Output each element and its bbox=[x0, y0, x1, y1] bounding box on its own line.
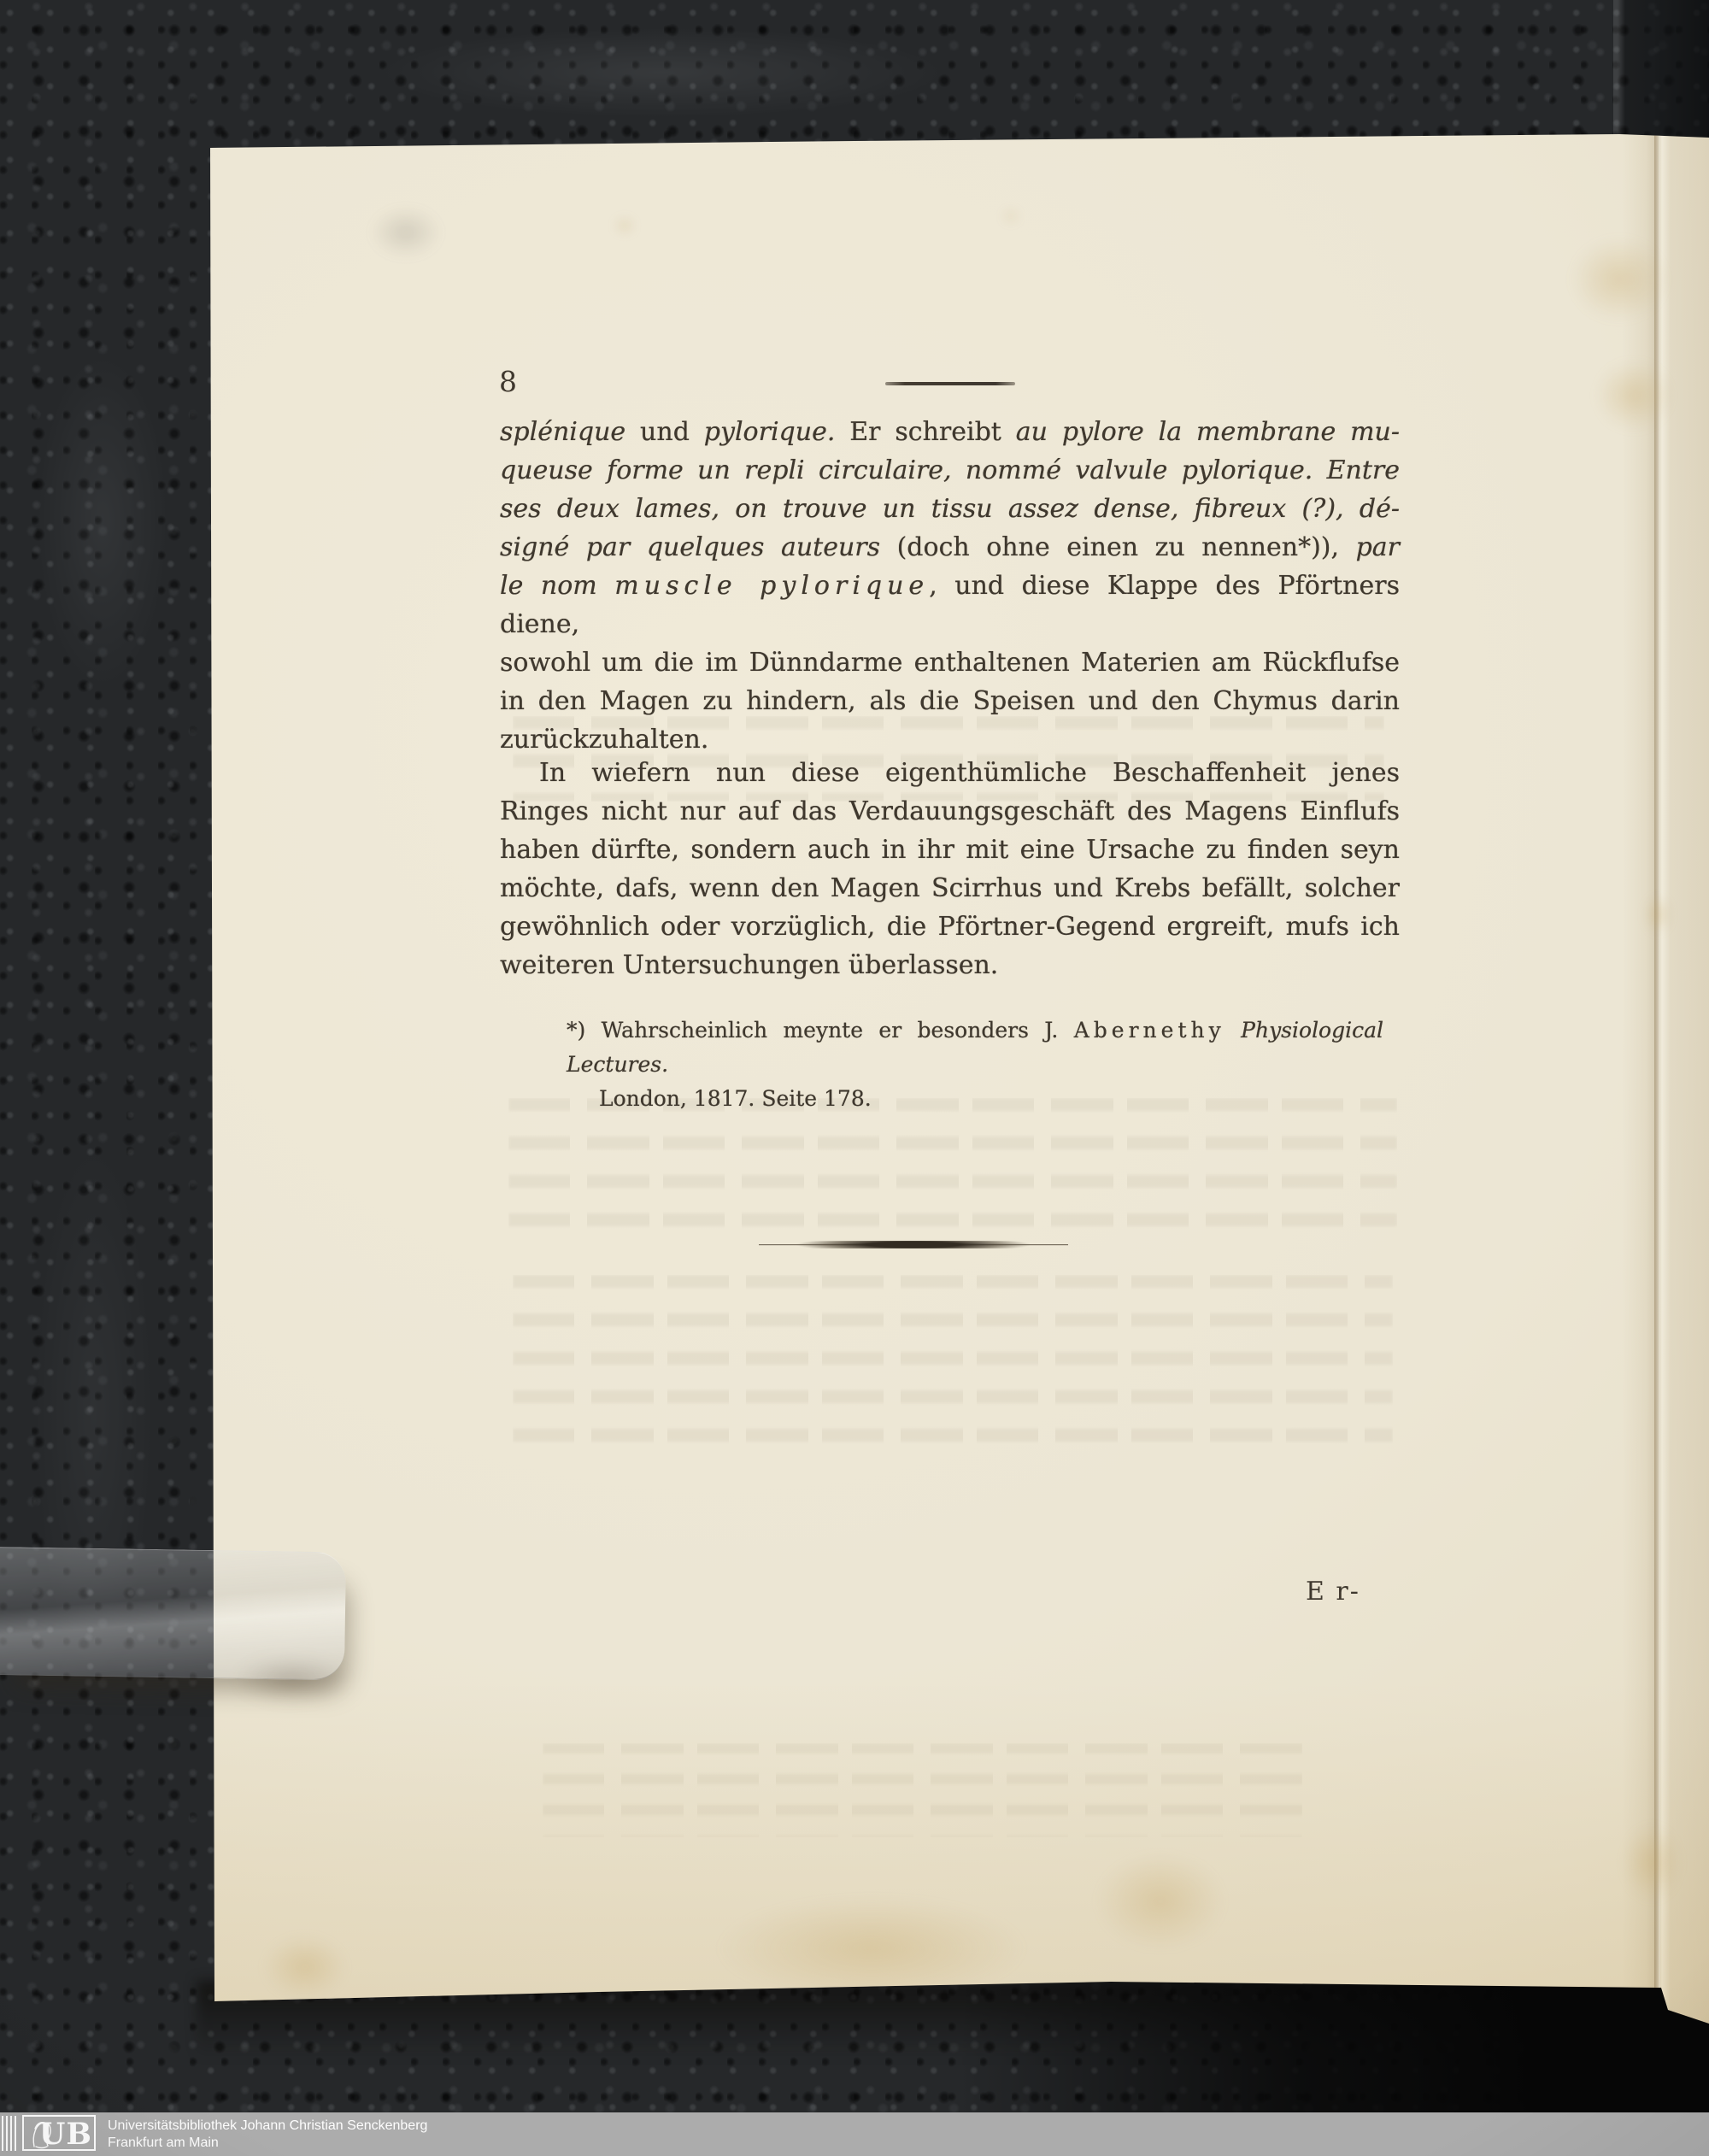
paper-stain bbox=[1641, 889, 1675, 940]
italic-text: muscle pylorique bbox=[614, 571, 929, 601]
catchword: E r- bbox=[1306, 1577, 1360, 1607]
roman-text: (doch ohne einen zu nennen*)), bbox=[897, 532, 1356, 562]
leather-sheen bbox=[9, 1025, 179, 1795]
text-line: London, 1817. Seite 178. bbox=[567, 1082, 1383, 1116]
page-holder-strip bbox=[0, 1547, 346, 1680]
roman-text: London, 1817. Seite 178. bbox=[599, 1086, 872, 1111]
text-line: sowohl um die im Dünndarme enthaltenen M… bbox=[500, 643, 1400, 682]
text-line: queuse forme un repli circulaire, nommé … bbox=[500, 451, 1400, 490]
library-footer: UB Universitätsbibliothek Johann Christi… bbox=[0, 2112, 1709, 2156]
paper-stain bbox=[1555, 224, 1683, 335]
roman-text: möchte, dafs, wenn den Magen Scirrhus un… bbox=[500, 873, 1400, 903]
text-line: möchte, dafs, wenn den Magen Scirrhus un… bbox=[500, 869, 1400, 908]
italic-text: signé par quelques auteurs bbox=[500, 532, 897, 562]
leather-sheen bbox=[9, 282, 197, 761]
roman-text bbox=[1225, 1018, 1241, 1043]
section-divider-rule bbox=[759, 1241, 1068, 1248]
ink-bleedthrough bbox=[543, 1743, 1303, 1837]
roman-text: Ringes nicht nur auf das Verdauungsgesch… bbox=[500, 796, 1400, 826]
paper-stain bbox=[1001, 209, 1020, 224]
paper-stain bbox=[1075, 1837, 1246, 1965]
roman-text: haben dürfte, sondern auch in ihr mit ei… bbox=[500, 835, 1400, 865]
footnote: *) Wahrscheinlich meynte er besonders J.… bbox=[567, 1013, 1383, 1116]
leather-sheen bbox=[256, 9, 1068, 137]
book-page: 8 splénique und pylorique. Er schreibt a… bbox=[0, 0, 1709, 2156]
roman-text: gewöhnlich oder vorzüglich, die Pförtner… bbox=[500, 912, 1400, 942]
paper-smudge bbox=[359, 198, 453, 267]
roman-text: sowohl um die im Dünndarme enthaltenen M… bbox=[500, 648, 1400, 678]
binding-spine-edge bbox=[1613, 0, 1709, 145]
ink-bleedthrough bbox=[513, 1275, 1393, 1454]
book-pages-icon bbox=[2, 2116, 16, 2151]
roman-text: Er schreibt bbox=[835, 417, 1015, 447]
italic-text: queuse forme un repli circulaire, nommé … bbox=[500, 455, 1400, 485]
text-line: gewöhnlich oder vorzüglich, die Pförtner… bbox=[500, 908, 1400, 946]
roman-text: Abernethy bbox=[1074, 1018, 1225, 1043]
text-line: weiteren Untersuchungen überlassen. bbox=[500, 946, 1400, 984]
paper-stain bbox=[1583, 349, 1685, 443]
paragraph: splénique und pylorique. Er schreibt au … bbox=[500, 413, 1400, 759]
roman-text: In wiefern nun diese eigenthümliche Besc… bbox=[539, 758, 1400, 788]
paper-stain bbox=[1613, 1812, 1690, 1914]
ink-bleedthrough bbox=[508, 1098, 1397, 1235]
italic-text: par bbox=[1356, 532, 1400, 562]
roman-text: in den Magen zu hindern, als die Speisen… bbox=[500, 686, 1400, 716]
text-line: Ringes nicht nur auf das Verdauungsgesch… bbox=[500, 792, 1400, 831]
library-location: Frankfurt am Main bbox=[108, 2135, 427, 2152]
italic-text: au pylore la membrane mu- bbox=[1016, 417, 1400, 447]
text-line: haben dürfte, sondern auch in ihr mit ei… bbox=[500, 831, 1400, 869]
italic-text: pylorique. bbox=[704, 417, 836, 447]
paper-stain bbox=[612, 215, 637, 236]
text-line: ses deux lames, on trouve un tissu assez… bbox=[500, 490, 1400, 528]
roman-text: weiteren Untersuchungen überlassen. bbox=[500, 950, 998, 980]
roman-text: und bbox=[625, 417, 704, 447]
italic-text: ses deux lames, on trouve un tissu assez… bbox=[500, 494, 1400, 524]
logo-acronym: UB bbox=[39, 2118, 92, 2151]
page-number: 8 bbox=[499, 367, 517, 397]
italic-text: le nom bbox=[500, 571, 614, 601]
roman-text: zurückzuhalten. bbox=[500, 725, 708, 755]
text-line: splénique und pylorique. Er schreibt au … bbox=[500, 413, 1400, 451]
text-line: signé par quelques auteurs (doch ohne ei… bbox=[500, 528, 1400, 567]
library-name: Universitätsbibliothek Johann Christian … bbox=[108, 2118, 427, 2135]
text-line: In wiefern nun diese eigenthümliche Besc… bbox=[500, 754, 1400, 792]
paragraph: In wiefern nun diese eigenthümliche Besc… bbox=[500, 754, 1400, 984]
roman-text: *) Wahrscheinlich meynte er besonders J. bbox=[567, 1018, 1074, 1043]
library-logo: UB bbox=[22, 2115, 96, 2151]
text-line: *) Wahrscheinlich meynte er besonders J.… bbox=[567, 1013, 1383, 1082]
header-rule bbox=[885, 382, 1015, 385]
text-line: in den Magen zu hindern, als die Speisen… bbox=[500, 682, 1400, 720]
text-line: le nom muscle pylorique, und diese Klapp… bbox=[500, 567, 1400, 643]
library-attribution: Universitätsbibliothek Johann Christian … bbox=[108, 2118, 427, 2152]
book-scan-viewport: 8 splénique und pylorique. Er schreibt a… bbox=[0, 0, 1709, 2156]
paper-stain bbox=[250, 1924, 361, 2010]
italic-text: splénique bbox=[500, 417, 625, 447]
